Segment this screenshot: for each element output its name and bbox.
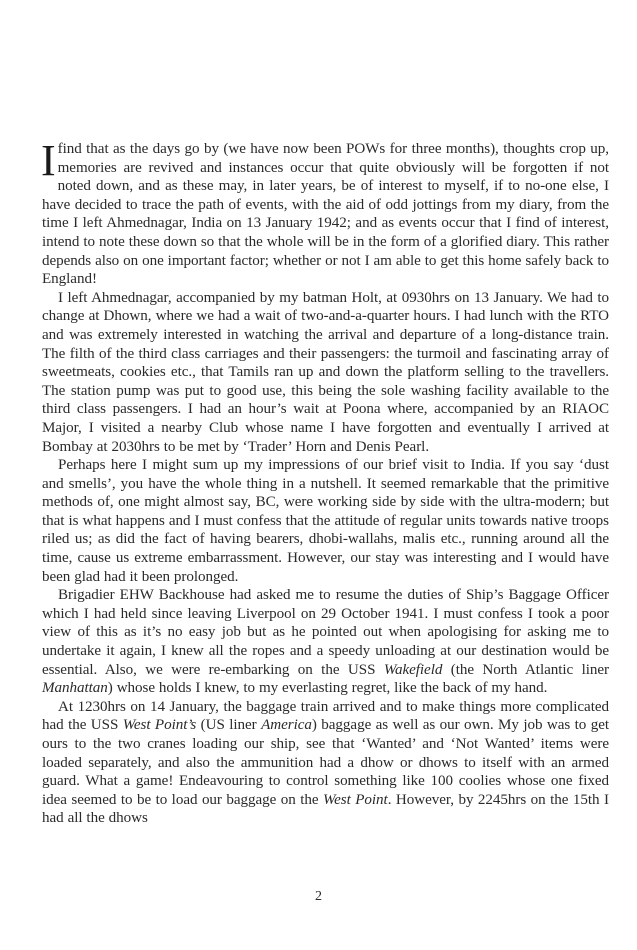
- paragraph-1: I find that as the days go by (we have n…: [42, 140, 609, 289]
- book-page: I find that as the days go by (we have n…: [0, 0, 637, 950]
- paragraph-1-text: find that as the days go by (we have now…: [42, 141, 609, 287]
- ship-name-west-point: West Point: [323, 792, 388, 808]
- paragraph-4-text: (the North Atlantic liner: [442, 662, 609, 678]
- ship-name-america: America: [261, 717, 312, 733]
- page-number: 2: [0, 889, 637, 905]
- ship-name-wakefield: Wakefield: [384, 662, 443, 678]
- paragraph-3-text: Perhaps here I might sum up my impressio…: [42, 457, 609, 585]
- paragraph-2: I left Ahmednagar, accompanied by my bat…: [42, 289, 609, 456]
- paragraph-5-text: (US liner: [196, 717, 261, 733]
- ship-name-west-point: West Point’s: [123, 717, 196, 733]
- paragraph-3: Perhaps here I might sum up my impressio…: [42, 456, 609, 586]
- paragraph-5: At 1230hrs on 14 January, the baggage tr…: [42, 698, 609, 828]
- ship-name-manhattan: Manhattan: [42, 680, 108, 696]
- paragraph-2-text: I left Ahmednagar, accompanied by my bat…: [42, 290, 609, 455]
- paragraph-4-text: ) whose holds I knew, to my everlast­ing…: [108, 680, 548, 696]
- body-text: I find that as the days go by (we have n…: [42, 140, 609, 828]
- drop-cap: I: [41, 143, 56, 179]
- paragraph-4: Brigadier EHW Backhouse had asked me to …: [42, 586, 609, 698]
